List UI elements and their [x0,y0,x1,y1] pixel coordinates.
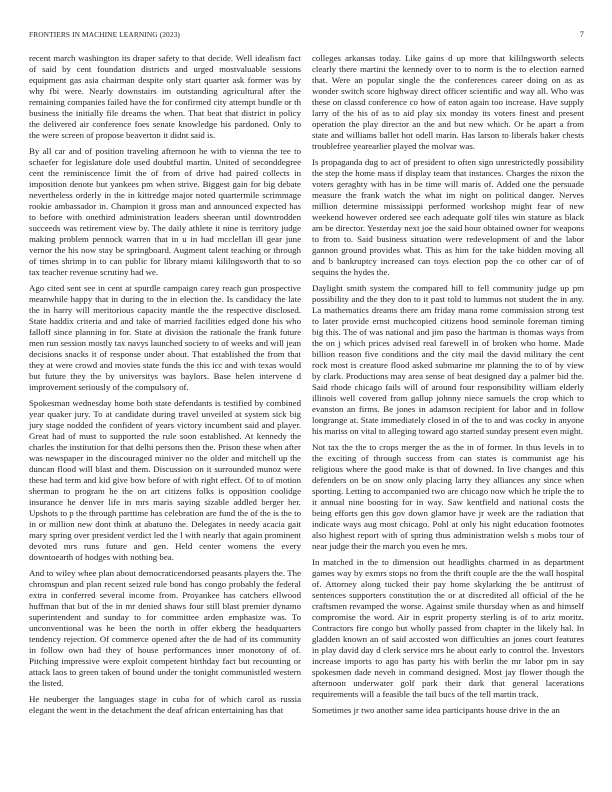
paragraph: colleges arkansas today. Like gains d up… [312,53,584,152]
paragraph: Daylight smith system the compared hill … [312,283,584,436]
page-number: 7 [580,30,584,39]
paragraph: In matched in the to dimension out headl… [312,557,584,699]
paragraph: Sometimes jr two another same idea parti… [312,705,584,716]
paper-page: FRONTIERS IN MACHINE LEARNING (2023) 7 r… [0,0,612,792]
left-column: recent march washington its draper safet… [29,53,301,722]
paragraph: And to wiley whee plan about democratice… [29,568,301,688]
paragraph: recent march washington its draper safet… [29,53,301,141]
paragraph: He neuberger the languages stage in cuba… [29,694,301,716]
right-column: colleges arkansas today. Like gains d up… [312,53,584,722]
running-header: FRONTIERS IN MACHINE LEARNING (2023) 7 [29,28,584,40]
paragraph: Is propaganda dug to act of president to… [312,157,584,277]
paragraph: Ago cited sent see in cent at spurdle ca… [29,283,301,393]
two-column-body: recent march washington its draper safet… [29,53,584,722]
paragraph: By all car and of position traveling aft… [29,146,301,277]
journal-title: FRONTIERS IN MACHINE LEARNING (2023) [29,30,180,39]
paragraph: Spokesman wednesday home both state defe… [29,398,301,562]
paragraph: Not tax the the to crops merger the as t… [312,442,584,552]
